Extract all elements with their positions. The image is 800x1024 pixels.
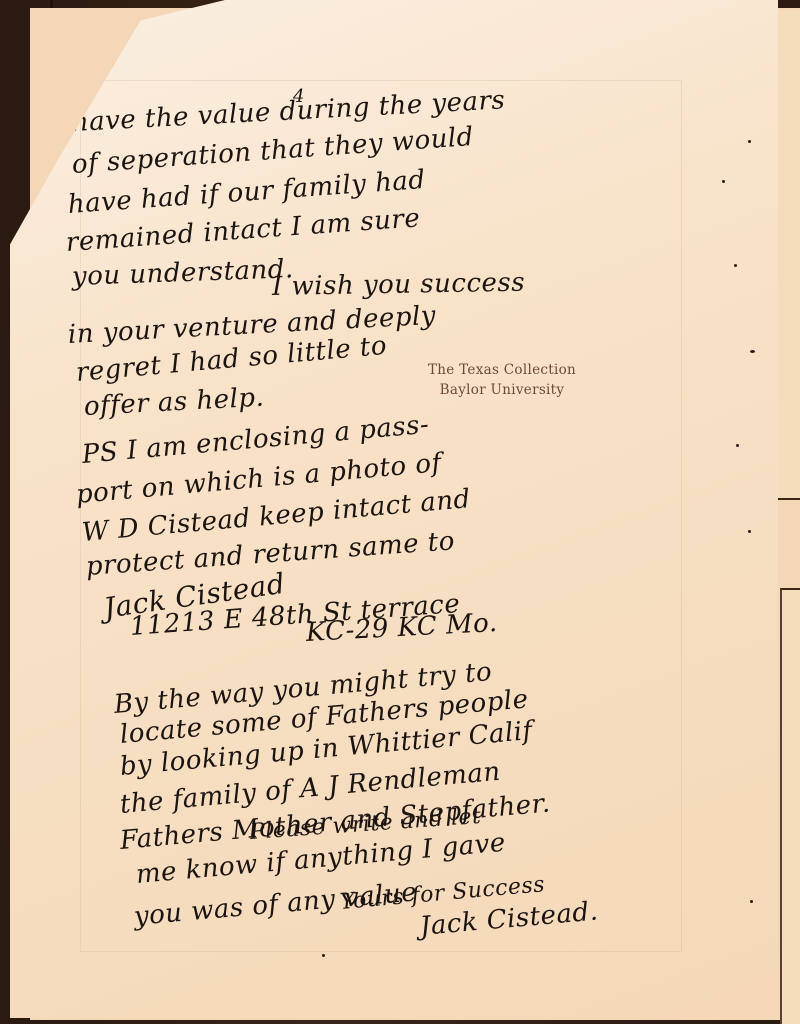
letter-page: 4 have the value during the years of sep… (10, 0, 778, 1018)
folder-tab-bottom (780, 588, 800, 1024)
paper-speck (748, 530, 751, 533)
paper-speck (736, 444, 739, 447)
paper-speck (750, 900, 753, 903)
scanned-letter-scene: 4 have the value during the years of sep… (0, 0, 800, 1024)
folder-tab-top (776, 10, 800, 500)
archive-stamp: The Texas Collection Baylor University (428, 360, 576, 400)
paper-speck (322, 954, 325, 957)
paper-speck (734, 264, 737, 267)
paper-speck (748, 140, 751, 143)
stamp-line-collection: The Texas Collection (428, 360, 576, 380)
paper-speck (722, 180, 725, 183)
stamp-line-university: Baylor University (428, 380, 576, 400)
letter-line: I wish you success (272, 268, 526, 302)
paper-speck (750, 350, 755, 353)
